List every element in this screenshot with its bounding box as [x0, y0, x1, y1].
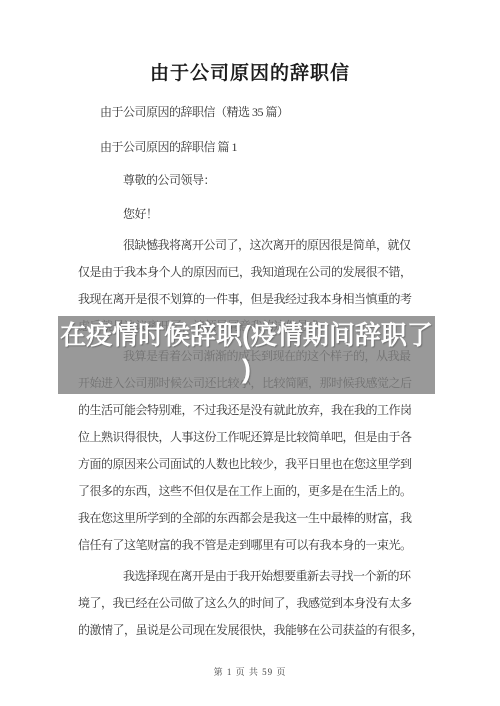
page-title: 由于公司原因的辞职信 [0, 58, 500, 85]
greeting-line: 您好！ [123, 205, 158, 222]
document-page: 由于公司原因的辞职信 由于公司原因的辞职信（精选 35 篇） 由于公司原因的辞职… [0, 0, 500, 706]
section-heading: 由于公司原因的辞职信 篇 1 [100, 138, 237, 155]
body-line: 我选择现在离开是由于我开始想要重新去寻找一个新的环 [78, 569, 428, 596]
body-line: 信任有了这笔财富的我不管是走到哪里有可以有我本身的一束光。 [78, 538, 428, 565]
body-line: 我现在离开是很不划算的一件事，但是我经过我本身相当慎重的考 [78, 292, 428, 319]
collection-subtitle: 由于公司原因的辞职信（精选 35 篇） [100, 103, 289, 120]
body-line: 境了，我已经在公司做了这么久的时间了，我感觉到本身没有太多 [78, 596, 428, 623]
watermark-text-line1: 在疫情时候辞职(疫情期间辞职了 [60, 319, 433, 352]
watermark-banner: 在疫情时候辞职(疫情期间辞职了 ) [58, 316, 435, 394]
body-line: 我在您这里所学到的全部的东西都会是我这一生中最棒的财富，我 [78, 511, 428, 538]
watermark-text-line2: ) [242, 352, 251, 386]
body-line: 的激情了，虽说是公司现在发展很快，我能够在公司获益的有很多， [78, 623, 428, 650]
body-line: 很缺憾我将离开公司了，这次离开的原因很是简单，就仅 [78, 238, 428, 265]
paragraph-3: 我选择现在离开是由于我开始想要重新去寻找一个新的环境了，我已经在公司做了这么久的… [78, 569, 428, 650]
body-line: 了很多的东西，这些不但仅是在工作上面的，更多是在生活上的。 [78, 484, 428, 511]
body-line: 仅是由于我本身个人的原因而已，我知道现在公司的发展很不错， [78, 265, 428, 292]
body-line: 方面的原因来公司面试的人数也比较少，我平日里也在您这里学到 [78, 457, 428, 484]
body-line: 位上熟识得很快，人事这份工作呢还算是比较简单吧，但是由于各 [78, 430, 428, 457]
salutation-line: 尊敬的公司领导： [123, 171, 215, 188]
body-line: 的生活可能会特别难，不过我还是没有就此放弃，我在我的工作岗 [78, 403, 428, 430]
page-number-footer: 第 1 页 共 59 页 [0, 665, 500, 678]
